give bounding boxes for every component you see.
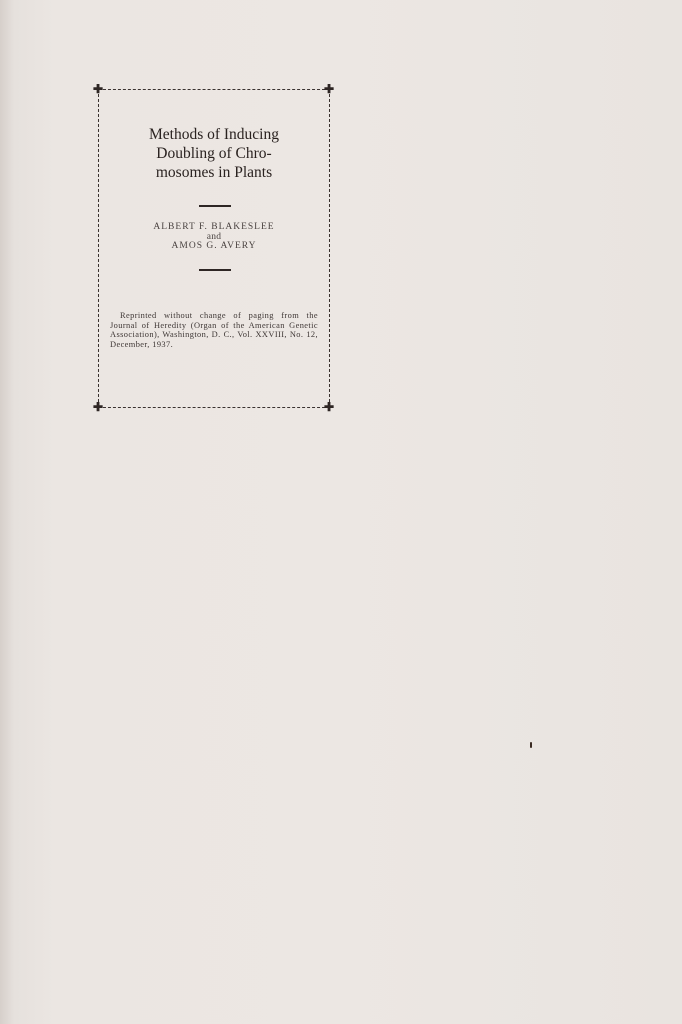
divider-rule	[199, 269, 231, 271]
document-title: Methods of Inducing Doubling of Chro- mo…	[98, 125, 330, 182]
title-line: Doubling of Chro-	[98, 144, 330, 163]
authors-block: ALBERT F. BLAKESLEE and AMOS G. AVERY	[98, 223, 330, 252]
reprint-note: Reprinted without change of paging from …	[110, 311, 318, 349]
paper-speck	[530, 742, 532, 748]
divider-rule	[199, 205, 231, 207]
cross-corner-icon: ✚	[324, 402, 334, 412]
cross-corner-icon: ✚	[93, 84, 103, 94]
frame-border-bottom	[98, 407, 330, 408]
cross-corner-icon: ✚	[93, 402, 103, 412]
frame-border-top	[98, 89, 330, 90]
title-line: mosomes in Plants	[98, 163, 330, 182]
reprint-note-text: Reprinted without change of paging from …	[110, 311, 318, 349]
title-frame: ✚ ✚ ✚ ✚ Methods of Inducing Doubling of …	[98, 89, 330, 407]
title-line: Methods of Inducing	[98, 125, 330, 144]
author-second: AMOS G. AVERY	[98, 242, 330, 252]
document-page: ✚ ✚ ✚ ✚ Methods of Inducing Doubling of …	[0, 0, 682, 1024]
cross-corner-icon: ✚	[324, 84, 334, 94]
